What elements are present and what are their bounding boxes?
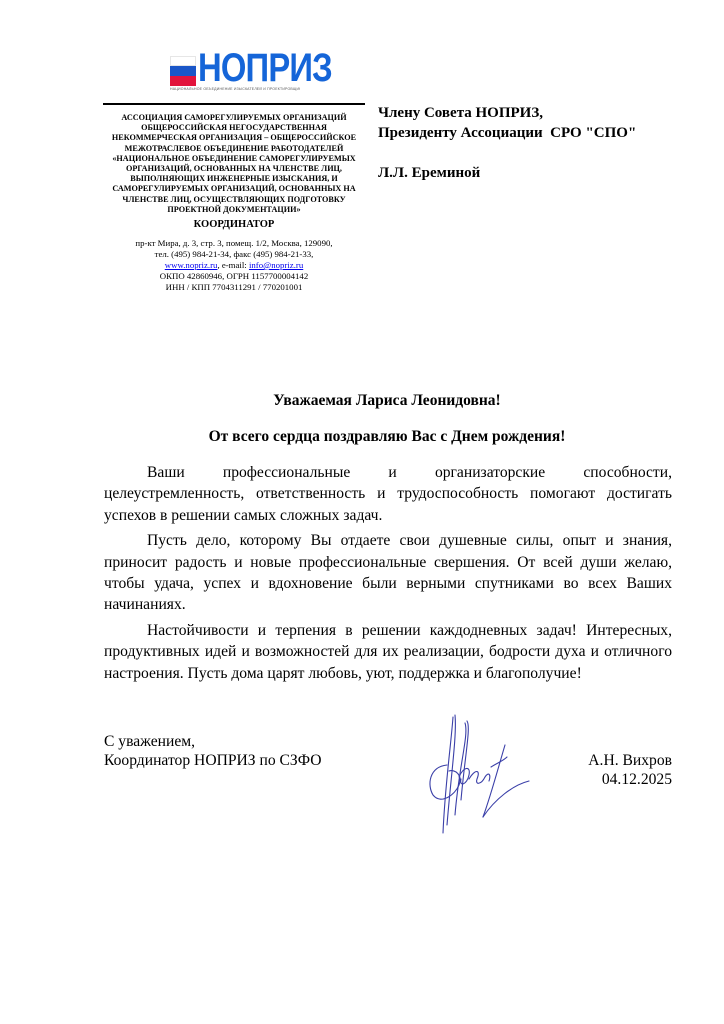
recipient-name: Л.Л. Ереминой <box>378 163 636 183</box>
closing-block: С уважением, Координатор НОПРИЗ по СЗФО <box>104 732 322 770</box>
letter-body: Ваши профессиональные и организаторские … <box>104 462 672 688</box>
org-line: ОРГАНИЗАЦИЙ, ОСНОВАННЫХ НА ЧЛЕНСТВЕ ЛИЦ, <box>103 164 365 174</box>
inn-kpp: ИНН / КПП 7704311291 / 770201001 <box>103 282 365 293</box>
org-line: АССОЦИАЦИЯ САМОРЕГУЛИРУЕМЫХ ОРГАНИЗАЦИЙ <box>103 113 365 123</box>
organization-name: АССОЦИАЦИЯ САМОРЕГУЛИРУЕМЫХ ОРГАНИЗАЦИЙ … <box>103 113 365 215</box>
paragraph: Ваши профессиональные и организаторские … <box>104 462 672 526</box>
russian-flag-icon <box>170 56 196 86</box>
logo-subtitle: НАЦИОНАЛЬНОЕ ОБЪЕДИНЕНИЕ ИЗЫСКАТЕЛЕЙ И П… <box>170 87 300 91</box>
org-line: ПРОЕКТНОЙ ДОКУМЕНТАЦИИ» <box>103 205 365 215</box>
org-line: МЕЖОТРАСЛЕВОЕ ОБЪЕДИНЕНИЕ РАБОТОДАТЕЛЕЙ <box>103 144 365 154</box>
letter-date: 04.12.2025 <box>588 770 672 789</box>
okpo-ogrn: ОКПО 42860946, ОГРН 1157700004142 <box>103 271 365 282</box>
org-line: САМОРЕГУЛИРУЕМЫХ ОРГАНИЗАЦИЙ, ОСНОВАННЫХ… <box>103 184 365 194</box>
org-line: ВЫПОЛНЯЮЩИХ ИНЖЕНЕРНЫЕ ИЗЫСКАНИЯ, И <box>103 174 365 184</box>
email-link[interactable]: info@nopriz.ru <box>249 260 303 270</box>
website-link[interactable]: www.nopriz.ru <box>165 260 218 270</box>
org-line: «НАЦИОНАЛЬНОЕ ОБЪЕДИНЕНИЕ САМОРЕГУЛИРУЕМ… <box>103 154 365 164</box>
recipient-block: Члену Совета НОПРИЗ, Президенту Ассоциац… <box>378 103 636 183</box>
org-line: НЕКОММЕРЧЕСКАЯ ОРГАНИЗАЦИЯ – ОБЩЕРОССИЙС… <box>103 133 365 143</box>
handwritten-signature-icon <box>425 705 535 840</box>
recipient-line-2: Президенту Ассоциации СРО "СПО" <box>378 123 636 143</box>
header-divider <box>103 103 365 105</box>
phones: тел. (495) 984-21-34, факс (495) 984-21-… <box>103 249 365 260</box>
contact-details: пр-кт Мира, д. 3, стр. 3, помещ. 1/2, Мо… <box>103 238 365 293</box>
signer-block: А.Н. Вихров 04.12.2025 <box>588 751 672 789</box>
nopriz-logo: НОПРИЗ НАЦИОНАЛЬНОЕ ОБЪЕДИНЕНИЕ ИЗЫСКАТЕ… <box>170 50 300 94</box>
role-title: КООРДИНАТОР <box>103 219 365 230</box>
org-line: ЧЛЕНСТВЕ ЛИЦ, ОСУЩЕСТВЛЯЮЩИХ ПОДГОТОВКУ <box>103 195 365 205</box>
logo-text: НОПРИЗ <box>198 46 332 90</box>
congratulation-heading: От всего сердца поздравляю Вас с Днем ро… <box>100 428 674 446</box>
paragraph: Пусть дело, которому Вы отдаете свои душ… <box>104 530 672 616</box>
paragraph: Настойчивости и терпения в решении каждо… <box>104 620 672 684</box>
salutation: Уважаемая Лариса Леонидовна! <box>100 392 674 410</box>
org-line: ОБЩЕРОССИЙСКАЯ НЕГОСУДАРСТВЕННАЯ <box>103 123 365 133</box>
regards: С уважением, <box>104 732 322 751</box>
address: пр-кт Мира, д. 3, стр. 3, помещ. 1/2, Мо… <box>103 238 365 249</box>
signer-position: Координатор НОПРИЗ по СЗФО <box>104 751 322 770</box>
signer-name: А.Н. Вихров <box>588 751 672 770</box>
email-label: , e-mail: <box>217 260 249 270</box>
recipient-line-1: Члену Совета НОПРИЗ, <box>378 103 636 123</box>
web-email-line: www.nopriz.ru, e-mail: info@nopriz.ru <box>103 260 365 271</box>
